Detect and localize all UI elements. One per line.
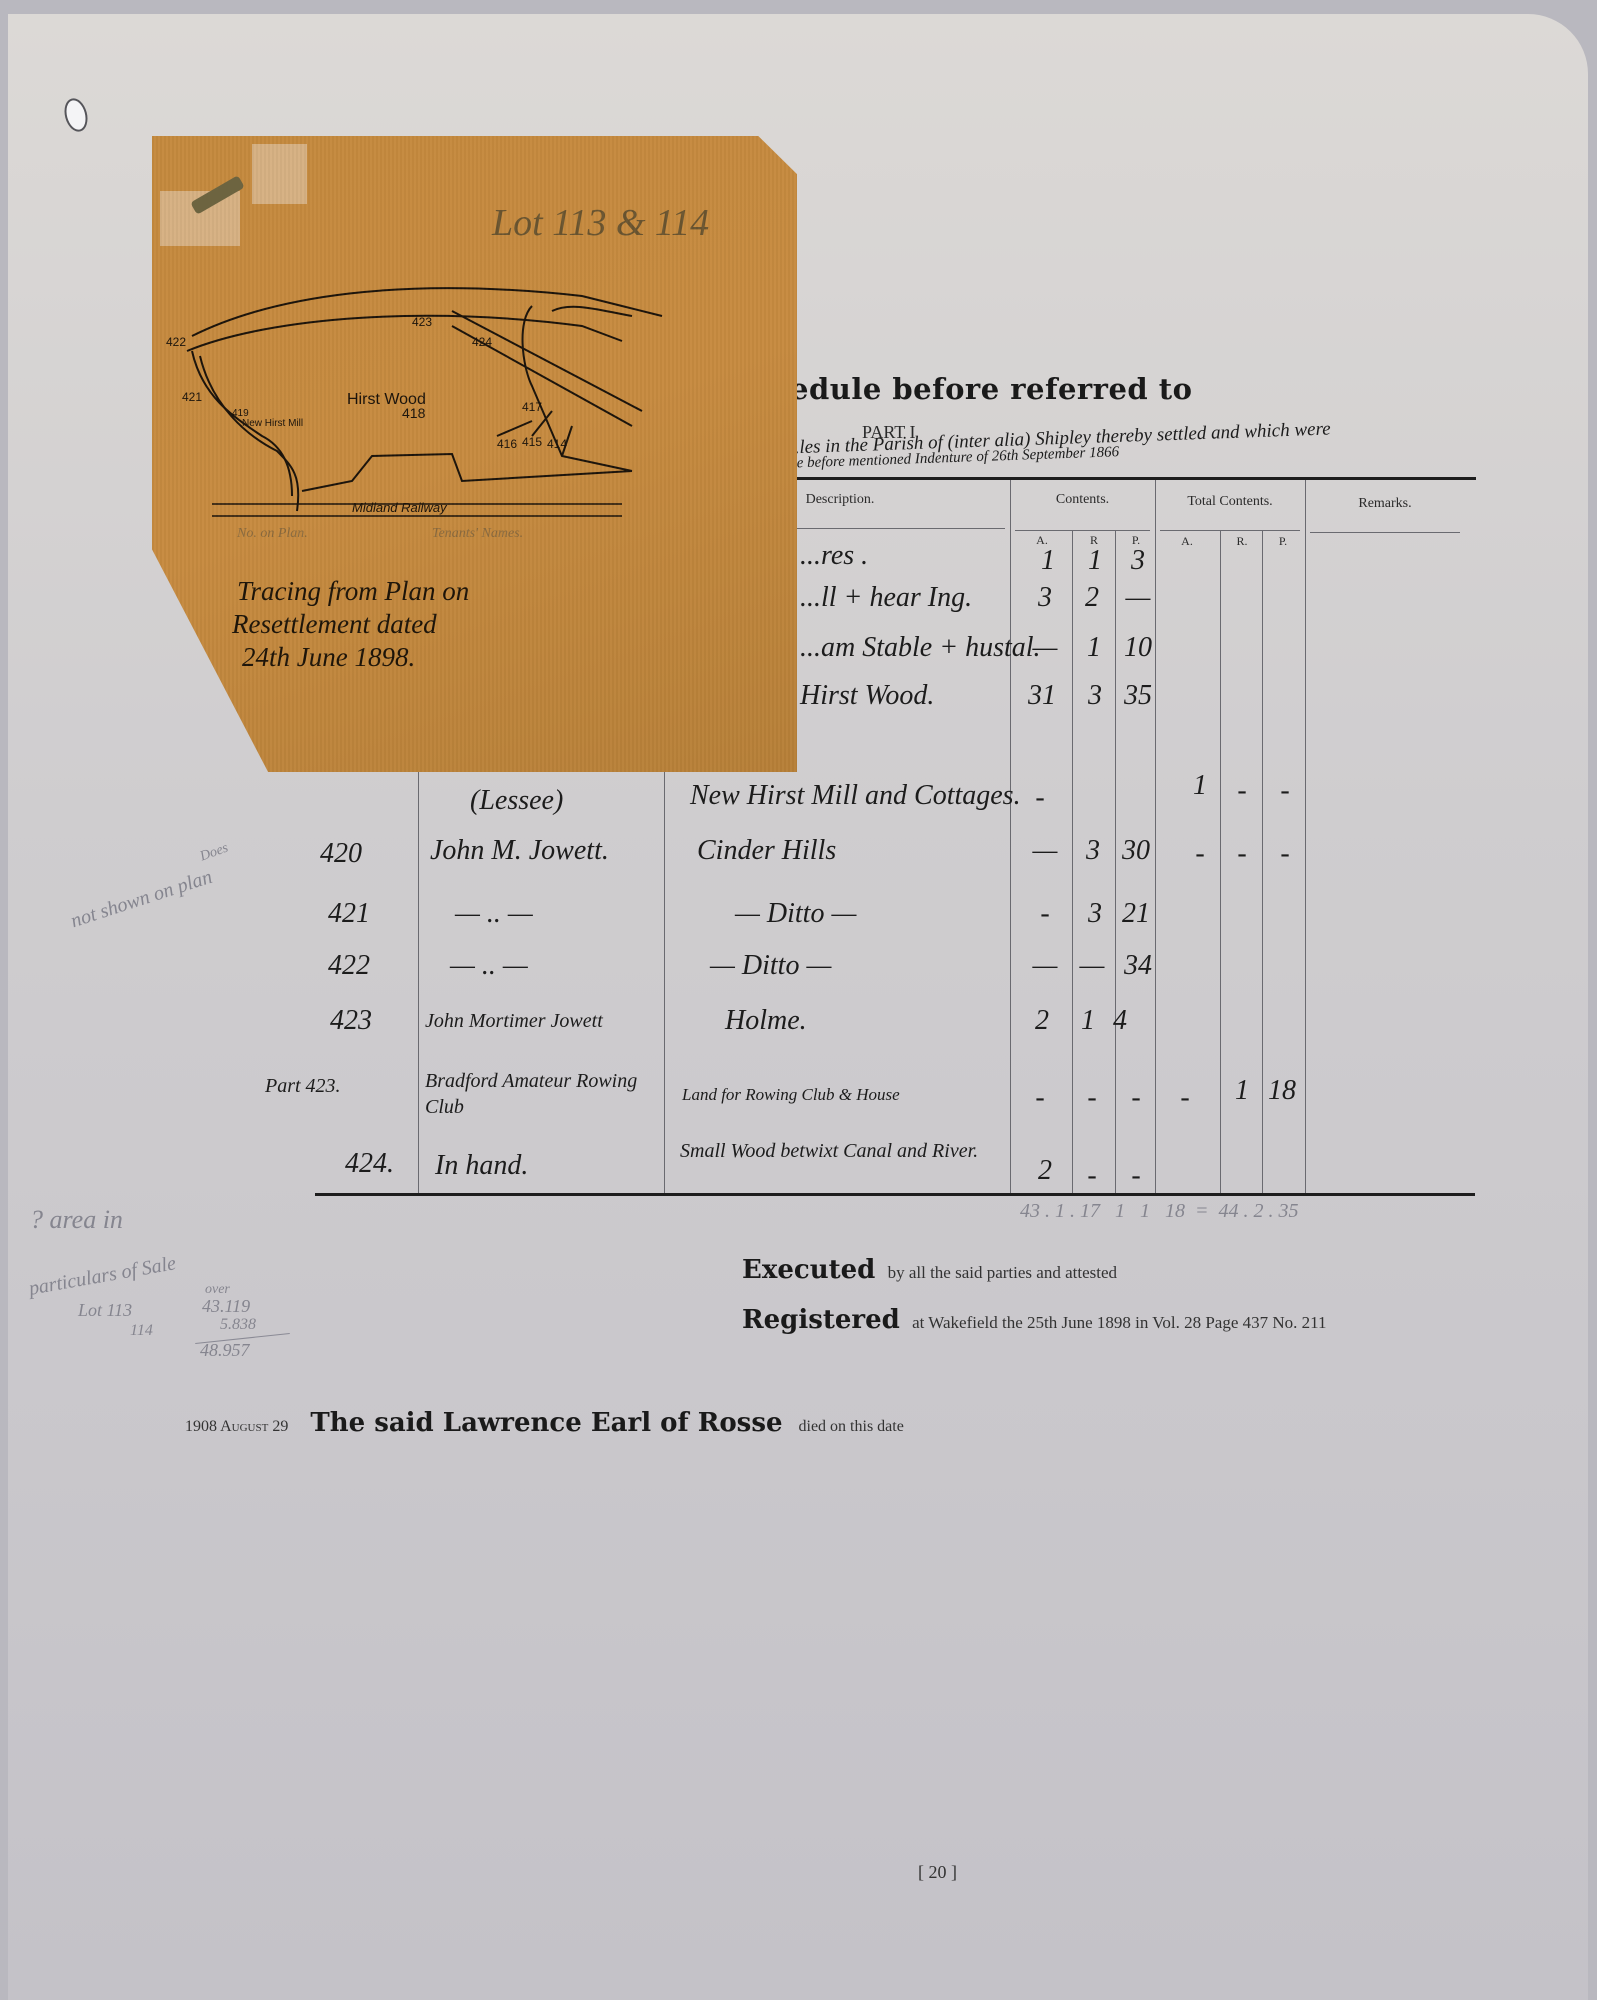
svg-text:416: 416 (497, 437, 517, 451)
plan-number: 421 (328, 898, 370, 930)
contents-p: 10 (1118, 632, 1158, 664)
tenant-lessee: (Lessee) (470, 785, 563, 817)
table-row-description: Land for Rowing Club & House (682, 1085, 900, 1105)
table-row-description: New Hirst Mill and Cottages. (690, 780, 1021, 812)
svg-text:419: 419 (232, 408, 249, 419)
executed-word: Executed (742, 1255, 875, 1285)
column-divider (418, 760, 419, 1193)
contents-p: - (1116, 1082, 1156, 1114)
table-row-description: Cinder Hills (697, 835, 836, 867)
header-underline (790, 528, 1005, 529)
plan-number: 423 (330, 1005, 372, 1037)
subheader-total-a: A. (1172, 534, 1202, 549)
contents-a: 2 (1022, 1005, 1062, 1037)
svg-text:418: 418 (402, 405, 426, 421)
header-total-contents: Total Contents. (1160, 494, 1300, 510)
contents-a: - (1020, 1082, 1060, 1114)
table-row-description: — Ditto — (735, 898, 856, 930)
punch-hole (61, 96, 91, 135)
tracing-note-1: Tracing from Plan on (237, 576, 469, 607)
svg-text:414: 414 (547, 437, 567, 451)
contents-r: 3 (1075, 680, 1115, 712)
contents-a: - (1025, 898, 1065, 930)
pencil-total: 43 . 1 . 17 1 1 18 = 44 . 2 . 35 (1020, 1200, 1299, 1223)
subheader-total-p: P. (1268, 534, 1298, 549)
svg-text:417: 417 (522, 400, 542, 414)
total-p: 18 (1262, 1075, 1302, 1107)
faded-header-tenants: Tenants' Names. (432, 526, 523, 542)
contents-r: 1 (1074, 632, 1114, 664)
margin-note-total: 48.957 (200, 1340, 250, 1361)
contents-a: — (1025, 835, 1065, 867)
registered-word: Registered (742, 1305, 900, 1335)
svg-text:415: 415 (522, 435, 542, 449)
page-number: [ 20 ] (918, 1862, 957, 1883)
contents-p: 3 (1118, 545, 1158, 577)
tracing-note-3: 24th June 1898. (242, 642, 415, 673)
svg-text:421: 421 (182, 390, 202, 404)
subheader-total-r: R. (1227, 534, 1257, 549)
table-row-description: Holme. (725, 1005, 807, 1037)
faded-header-no: No. on Plan. (237, 526, 308, 542)
contents-p: — (1118, 582, 1158, 614)
contents-a: 1 (1028, 545, 1068, 577)
total-p: - (1265, 838, 1305, 870)
column-divider (1305, 480, 1306, 1193)
table-row-description: ...am Stable + hustal. (800, 632, 1041, 664)
contents-a: 2 (1025, 1155, 1065, 1187)
death-note-line: 1908 August 29 The said Lawrence Earl of… (185, 1408, 904, 1438)
registered-line: Registered at Wakefield the 25th June 18… (742, 1305, 1327, 1335)
table-row-description: ...res . (800, 540, 868, 572)
header-description: Description. (790, 492, 890, 508)
contents-p: 35 (1118, 680, 1158, 712)
plan-number: 424. (345, 1148, 394, 1180)
total-r: 1 (1222, 1075, 1262, 1107)
table-row-description: — Ditto — (710, 950, 831, 982)
tenant-name: — .. — (455, 898, 533, 930)
contents-a: — (1025, 632, 1065, 664)
registered-text: at Wakefield the 25th June 1898 in Vol. … (912, 1313, 1326, 1332)
schedule-title: edule before referred to (790, 372, 1193, 406)
tracing-paper-overlay: Lot 113 & 114 Hirst Wood 418 New Hirst M… (152, 136, 797, 772)
svg-text:New Hirst Mill: New Hirst Mill (242, 418, 303, 429)
table-top-rule (760, 477, 1476, 480)
death-text: died on this date (799, 1418, 904, 1435)
header-remarks: Remarks. (1310, 496, 1460, 512)
contents-p: 30 (1116, 835, 1156, 867)
contents-r: 3 (1075, 898, 1115, 930)
table-row-description: ...ll + hear Ing. (800, 582, 972, 614)
table-row-description: Small Wood betwixt Canal and River. (680, 1138, 1000, 1164)
tenant-name: John Mortimer Jowett (425, 1010, 603, 1033)
margin-note-area-1: ? area in (30, 1205, 123, 1235)
plan-number: Part 423. (265, 1075, 341, 1098)
contents-p: 34 (1118, 950, 1158, 982)
svg-text:424: 424 (472, 335, 492, 349)
header-underline (1310, 532, 1460, 533)
total-p: - (1265, 775, 1305, 807)
contents-r: — (1072, 950, 1112, 982)
executed-line: Executed by all the said parties and att… (742, 1255, 1117, 1285)
executed-text: by all the said parties and attested (888, 1263, 1117, 1282)
contents-p: - (1116, 1160, 1156, 1192)
tracing-note-2: Resettlement dated (232, 609, 437, 640)
tracing-map: Hirst Wood 418 New Hirst Mill 419 422 42… (152, 136, 797, 772)
margin-note-area-4: 114 (130, 1322, 153, 1340)
contents-a: - (1020, 782, 1060, 814)
header-underline (1015, 530, 1150, 531)
lot-label: Lot 113 & 114 (492, 201, 709, 245)
column-divider (1220, 530, 1221, 1193)
death-name: The said Lawrence Earl of Rosse (310, 1408, 782, 1438)
header-underline (1160, 530, 1300, 531)
plan-number: 422 (328, 950, 370, 982)
contents-p: 21 (1116, 898, 1156, 930)
total-a: - (1165, 1082, 1205, 1114)
contents-r: 1 (1075, 545, 1115, 577)
contents-a: 3 (1025, 582, 1065, 614)
tenant-name: In hand. (435, 1150, 528, 1182)
svg-text:Midland Railway: Midland Railway (352, 500, 448, 515)
margin-note-val1: 43.119 (202, 1296, 250, 1317)
column-divider (1010, 480, 1011, 1193)
map-label-wood: Hirst Wood (347, 391, 426, 408)
total-r: - (1222, 838, 1262, 870)
plan-number: 420 (320, 838, 362, 870)
total-a: 1 (1180, 770, 1220, 802)
svg-text:422: 422 (166, 335, 186, 349)
margin-note-val2: 5.838 (220, 1316, 256, 1334)
tape (252, 144, 307, 204)
header-contents: Contents. (1015, 492, 1150, 508)
death-date: 1908 August 29 (185, 1418, 288, 1435)
contents-r: 2 (1072, 582, 1112, 614)
margin-note-area-3: Lot 113 (78, 1300, 132, 1321)
contents-a: — (1025, 950, 1065, 982)
tenant-name: John M. Jowett. (430, 835, 609, 867)
contents-r: 3 (1073, 835, 1113, 867)
contents-p: 4 (1100, 1005, 1140, 1037)
contents-r: - (1072, 1082, 1112, 1114)
table-bottom-rule (315, 1193, 1475, 1196)
table-row-description: Hirst Wood. (800, 680, 934, 712)
svg-text:423: 423 (412, 315, 432, 329)
tenant-name: — .. — (450, 950, 528, 982)
total-a: - (1180, 838, 1220, 870)
tenant-name: Bradford Amateur Rowing Club (425, 1068, 665, 1120)
total-r: - (1222, 775, 1262, 807)
contents-a: 31 (1022, 680, 1062, 712)
contents-r: - (1072, 1160, 1112, 1192)
